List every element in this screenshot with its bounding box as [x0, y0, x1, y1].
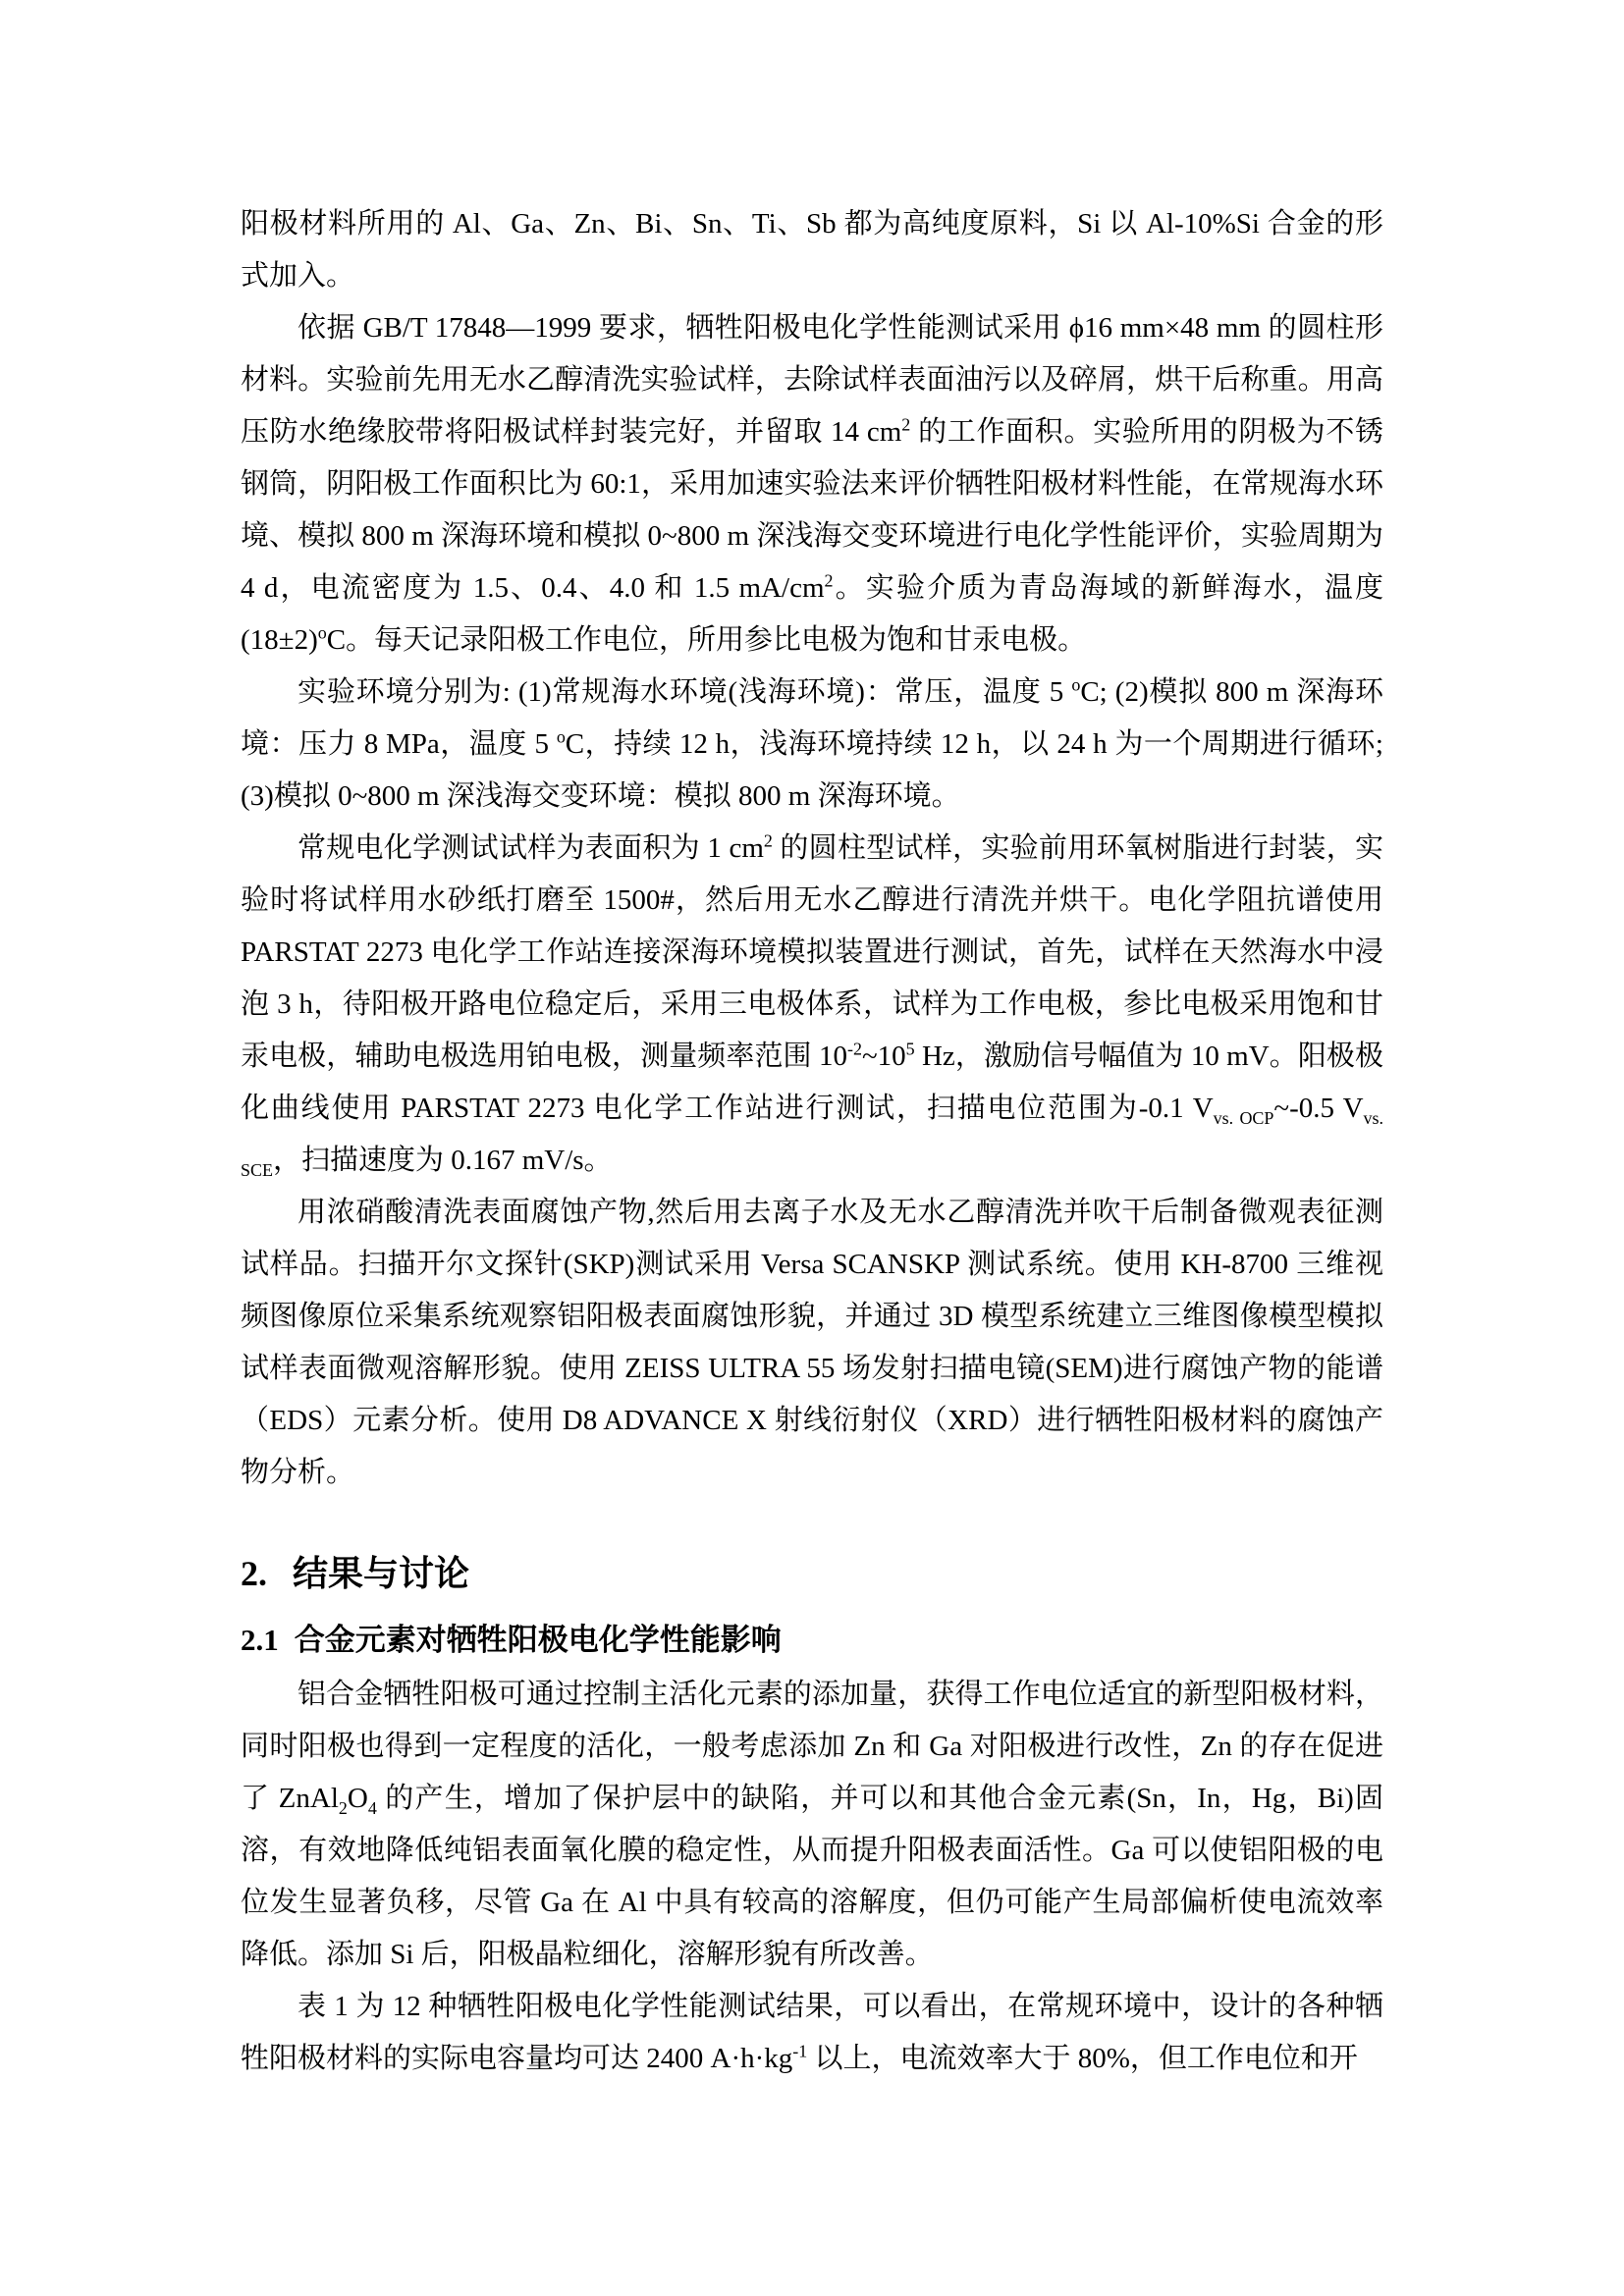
sup-text: o	[318, 622, 327, 642]
sup-text: 2	[901, 414, 910, 434]
document-body: 阳极材料所用的 Al、Ga、Zn、Bi、Sn、Ti、Sb 都为高纯度原料，Si …	[241, 198, 1383, 2085]
sup-text: o	[1071, 674, 1080, 694]
text-run: 的产生，增加了保护层中的缺陷，并可以和其他合金元素(Sn，In，Hg，Bi)固溶…	[241, 1783, 1383, 1970]
heading-number: 2.	[241, 1554, 267, 1593]
text-run: ~-0.5 V	[1273, 1093, 1363, 1124]
text-run: ，扫描速度为 0.167 mV/s。	[273, 1145, 613, 1176]
sub-text: 2	[339, 1798, 348, 1818]
heading-title: 合金元素对牺牲阳极电化学性能影响	[295, 1623, 782, 1657]
paragraph: 依据 GB/T 17848—1999 要求，牺牲阳极电化学性能测试采用 ϕ16 …	[241, 302, 1383, 667]
text-run: 阳极材料所用的 Al、Ga、Zn、Bi、Sn、Ti、Sb 都为高纯度原料，Si …	[241, 208, 1383, 292]
text-run: 常规电化学测试试样为表面积为 1 cm	[298, 832, 764, 864]
paragraph: 表 1 为 12 种牺牲阳极电化学性能测试结果，可以看出，在常规环境中，设计的各…	[241, 1981, 1383, 2085]
heading-number: 2.1	[241, 1623, 279, 1657]
text-run: 的圆柱型试样，实验前用环氧树脂进行封装，实验时将试样用水砂纸打磨至 1500#，…	[241, 832, 1383, 1072]
sup-text: o	[557, 726, 566, 746]
section-heading: 2.结果与讨论	[241, 1544, 1383, 1603]
sup-text: 2	[825, 570, 834, 590]
text-run: 以上，电流效率大于 80%，但工作电位和开	[807, 2043, 1358, 2074]
paragraph: 常规电化学测试试样为表面积为 1 cm2 的圆柱型试样，实验前用环氧树脂进行封装…	[241, 823, 1383, 1187]
heading-title: 结果与讨论	[293, 1553, 469, 1593]
document-page: 阳极材料所用的 Al、Ga、Zn、Bi、Sn、Ti、Sb 都为高纯度原料，Si …	[0, 0, 1624, 2296]
text-run: 用浓硝酸清洗表面腐蚀产物,然后用去离子水及无水乙醇清洗并吹干后制备微观表征测试样…	[241, 1197, 1383, 1488]
sub-text: 4	[368, 1798, 377, 1818]
sup-text: -2	[847, 1039, 862, 1058]
text-run: C。每天记录阳极工作电位，所用参比电极为饱和甘汞电极。	[327, 624, 1086, 656]
subsection-heading: 2.1合金元素对牺牲阳极电化学性能影响	[241, 1613, 1383, 1667]
paragraph: 用浓硝酸清洗表面腐蚀产物,然后用去离子水及无水乙醇清洗并吹干后制备微观表征测试样…	[241, 1187, 1383, 1499]
sup-text: 2	[764, 830, 773, 850]
text-run: O	[348, 1783, 368, 1814]
sup-text: 5	[906, 1039, 915, 1058]
paragraph: 铝合金牺牲阳极可通过控制主活化元素的添加量，获得工作电位适宜的新型阳极材料，同时…	[241, 1669, 1383, 1981]
sup-text: -1	[792, 2041, 807, 2060]
sub-text: vs. OCP	[1214, 1108, 1274, 1128]
text-run: ~10	[862, 1041, 906, 1072]
paragraph: 实验环境分别为: (1)常规海水环境(浅海环境)：常压，温度 5 oC; (2)…	[241, 667, 1383, 823]
text-run: 实验环境分别为: (1)常规海水环境(浅海环境)：常压，温度 5	[298, 676, 1071, 708]
paragraph: 阳极材料所用的 Al、Ga、Zn、Bi、Sn、Ti、Sb 都为高纯度原料，Si …	[241, 198, 1383, 302]
